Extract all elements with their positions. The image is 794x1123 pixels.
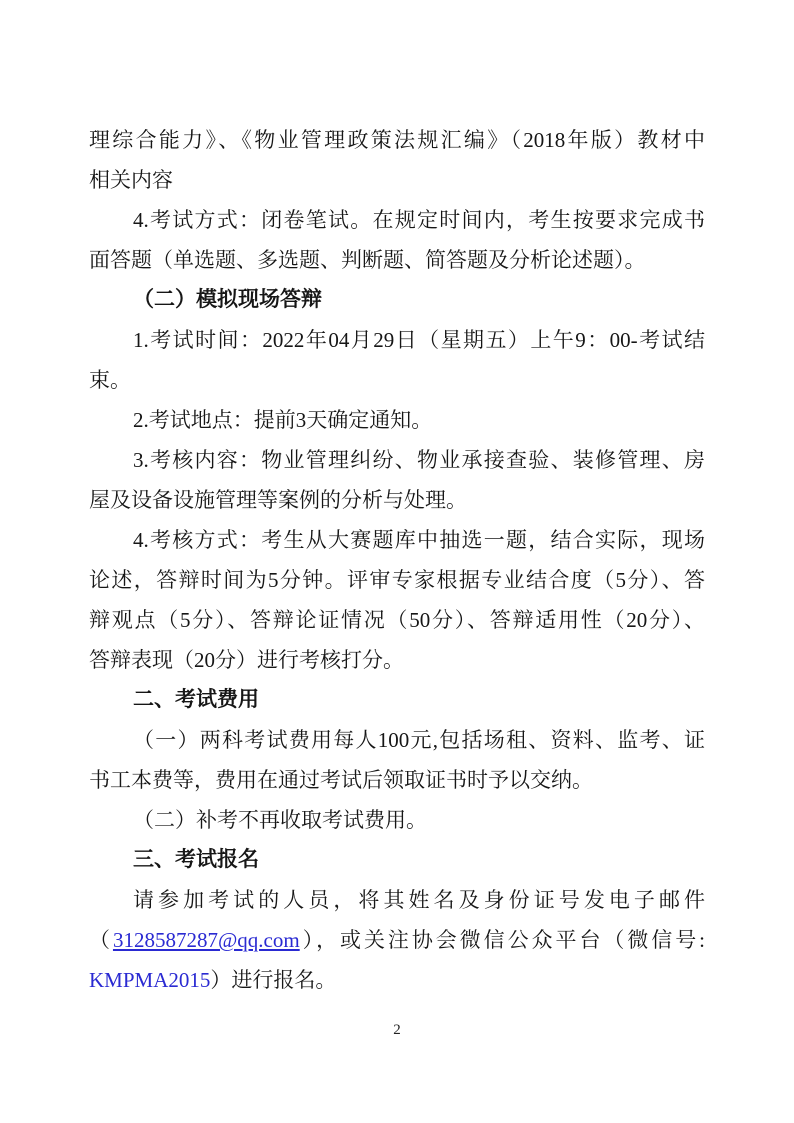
- text-line: 理综合能力》、《物业管理政策法规汇编》（2018年版）教材中: [89, 120, 705, 160]
- text-segment: 相关内容: [89, 168, 173, 192]
- text-line: 2.考试地点：提前3天确定通知。: [89, 400, 705, 440]
- text-segment: 理综合能力》、《物业管理政策法规汇编》（2018年版）教材中: [89, 128, 705, 152]
- text-line: 书工本费等，费用在通过考试后领取证书时予以交纳。: [89, 760, 705, 800]
- wechat-id: KMPMA2015: [89, 968, 210, 992]
- text-segment: 1.考试时间：2022年04月29日（星期五）上午9：00-考试结: [133, 328, 705, 352]
- text-segment: 答辩表现（20分）进行考核打分。: [89, 648, 404, 672]
- text-segment: （: [89, 928, 113, 952]
- email-link[interactable]: 3128587287@qq.com: [113, 928, 300, 952]
- page-number: 2: [0, 1022, 794, 1039]
- text-line: 屋及设备设施管理等案例的分析与处理。: [89, 480, 705, 520]
- heading-line: （二）模拟现场答辩: [89, 280, 705, 320]
- text-line: 相关内容: [89, 160, 705, 200]
- text-segment: 屋及设备设施管理等案例的分析与处理。: [89, 488, 467, 512]
- text-line: KMPMA2015）进行报名。: [89, 960, 705, 1000]
- text-segment: 请参加考试的人员，将其姓名及身份证号发电子邮件: [133, 888, 705, 912]
- text-line: 4.考核方式：考生从大赛题库中抽选一题，结合实际，现场: [89, 520, 705, 560]
- text-segment: 二、考试费用: [133, 688, 259, 711]
- text-line: 辩观点（5分）、答辩论证情况（50分）、答辩适用性（20分）、: [89, 600, 705, 640]
- text-line: （二）补考不再收取考试费用。: [89, 800, 705, 840]
- text-line: 面答题（单选题、多选题、判断题、简答题及分析论述题）。: [89, 240, 705, 280]
- text-line: 论述，答辩时间为5分钟。评审专家根据专业结合度（5分）、答: [89, 560, 705, 600]
- text-segment: ）进行报名。: [210, 968, 336, 992]
- text-line: （一）两科考试费用每人100元,包括场租、资料、监考、证: [89, 720, 705, 760]
- heading-line: 二、考试费用: [89, 680, 705, 720]
- text-line: 答辩表现（20分）进行考核打分。: [89, 640, 705, 680]
- text-segment: 辩观点（5分）、答辩论证情况（50分）、答辩适用性（20分）、: [89, 608, 705, 632]
- text-line: 束。: [89, 360, 705, 400]
- text-segment: 4.考试方式：闭卷笔试。在规定时间内，考生按要求完成书: [133, 208, 705, 232]
- document-body: 理综合能力》、《物业管理政策法规汇编》（2018年版）教材中相关内容4.考试方式…: [89, 120, 705, 1000]
- text-line: 请参加考试的人员，将其姓名及身份证号发电子邮件: [89, 880, 705, 920]
- text-segment: （二）补考不再收取考试费用。: [133, 808, 427, 832]
- text-line: 1.考试时间：2022年04月29日（星期五）上午9：00-考试结: [89, 320, 705, 360]
- text-segment: 三、考试报名: [133, 848, 259, 871]
- text-segment: 书工本费等，费用在通过考试后领取证书时予以交纳。: [89, 768, 593, 792]
- text-segment: 论述，答辩时间为5分钟。评审专家根据专业结合度（5分）、答: [89, 568, 705, 592]
- text-segment: （二）模拟现场答辩: [133, 288, 322, 311]
- document-page: 理综合能力》、《物业管理政策法规汇编》（2018年版）教材中相关内容4.考试方式…: [0, 0, 794, 1123]
- text-line: 3.考核内容：物业管理纠纷、物业承接查验、装修管理、房: [89, 440, 705, 480]
- text-segment: 4.考核方式：考生从大赛题库中抽选一题，结合实际，现场: [133, 528, 705, 552]
- text-segment: 面答题（单选题、多选题、判断题、简答题及分析论述题）。: [89, 248, 646, 272]
- text-segment: （一）两科考试费用每人100元,包括场租、资料、监考、证: [133, 728, 705, 752]
- text-segment: 束。: [89, 368, 131, 392]
- text-segment: 3.考核内容：物业管理纠纷、物业承接查验、装修管理、房: [133, 448, 705, 472]
- heading-line: 三、考试报名: [89, 840, 705, 880]
- text-segment: ），或关注协会微信公众平台（微信号:: [300, 928, 705, 952]
- text-segment: 2.考试地点：提前3天确定通知。: [133, 408, 432, 432]
- text-line: （3128587287@qq.com），或关注协会微信公众平台（微信号:: [89, 920, 705, 960]
- text-line: 4.考试方式：闭卷笔试。在规定时间内，考生按要求完成书: [89, 200, 705, 240]
